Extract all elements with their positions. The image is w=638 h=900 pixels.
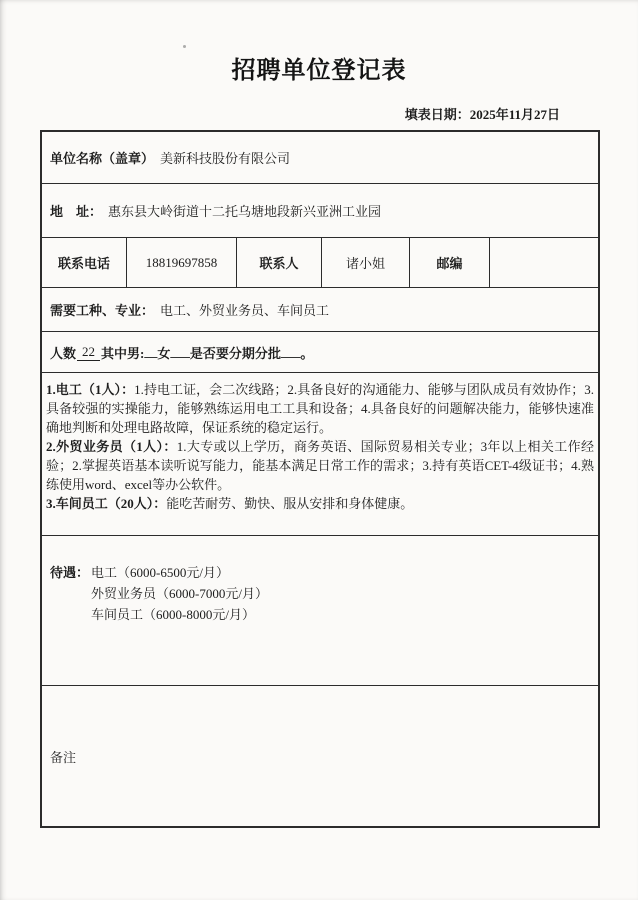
contact-phone-value-cell: 18819697858 (127, 238, 237, 287)
row-positions: 需要工种、专业： 电工、外贸业务员、车间员工 (42, 287, 598, 331)
row-requirements: 1.电工（1人）：1.持电工证，会二次线路；2.具备良好的沟通能力、能够与团队成… (42, 372, 598, 535)
page-title: 招聘单位登记表 (0, 50, 638, 85)
registration-form-table: 单位名称（盖章） 美新科技股份有限公司 地 址： 惠东县大岭街道十二托乌塘地段新… (40, 130, 600, 828)
headcount-period: 。 (300, 343, 313, 362)
contact-person-value-cell: 诸小姐 (322, 238, 410, 287)
positions-label: 需要工种、专业： (50, 300, 154, 319)
address-label: 地 址： (50, 201, 102, 220)
address-value: 惠东县大岭街道十二托乌塘地段新兴亚洲工业园 (108, 201, 381, 220)
requirement-workshop-worker: 3.车间员工（20人）：能吃苦耐劳、勤快、服从安排和身体健康。 (46, 494, 594, 513)
row-salary: 待遇： 电工（6000-6500元/月） 外贸业务员（6000-7000元/月）… (42, 535, 598, 685)
requirement-trade-clerk: 2.外贸业务员（1人）：1.大专或以上学历，商务英语、国际贸易相关专业；3年以上… (46, 437, 594, 494)
row-address: 地 址： 惠东县大岭街道十二托乌塘地段新兴亚洲工业园 (42, 183, 598, 237)
headcount-blank-male: __ (144, 344, 157, 360)
headcount-female-label: 女 (157, 343, 170, 362)
positions-value: 电工、外贸业务员、车间员工 (160, 300, 329, 319)
contact-person-label: 联系人 (259, 253, 298, 272)
postcode-label-cell: 邮编 (410, 238, 490, 287)
fill-date: 填表日期：2025年11月27日 (40, 104, 560, 123)
requirement-electrician-title: 1.电工（1人）： (46, 382, 134, 397)
scan-artifact-speck (183, 45, 186, 48)
row-remarks: 备注 (42, 685, 598, 826)
headcount-batch-label: 是否要分期分批 (190, 343, 281, 362)
salary-line-electrician: 电工（6000-6500元/月） (91, 562, 268, 583)
contact-person-value: 诸小姐 (346, 253, 385, 272)
contact-phone-label-cell: 联系电话 (42, 238, 127, 287)
salary-label: 待遇： (50, 562, 89, 583)
postcode-label: 邮编 (436, 253, 462, 272)
requirement-workshop-worker-body: 能吃苦耐劳、勤快、服从安排和身体健康。 (166, 496, 413, 511)
headcount-blank-female: ___ (170, 344, 190, 360)
salary-line-workshop-worker: 车间员工（6000-8000元/月） (91, 604, 268, 625)
requirement-workshop-worker-title: 3.车间员工（20人）： (46, 496, 166, 511)
scanned-form-page: 招聘单位登记表 填表日期：2025年11月27日 单位名称（盖章） 美新科技股份… (0, 0, 638, 900)
postcode-value-cell (490, 238, 598, 287)
requirement-electrician: 1.电工（1人）：1.持电工证，会二次线路；2.具备良好的沟通能力、能够与团队成… (46, 380, 594, 437)
headcount-count: 22 (77, 344, 100, 361)
phone-value: 18819697858 (146, 255, 218, 271)
headcount-blank-batch: ___ (281, 344, 301, 360)
unit-name-label: 单位名称（盖章） (50, 148, 154, 167)
headcount-prefix: 人数 (50, 343, 76, 362)
headcount-male-label: 其中男: (101, 343, 144, 362)
salary-line-trade-clerk: 外贸业务员（6000-7000元/月） (91, 583, 268, 604)
requirement-trade-clerk-title: 2.外贸业务员（1人）： (46, 439, 177, 454)
contact-person-label-cell: 联系人 (237, 238, 322, 287)
phone-label: 联系电话 (58, 253, 110, 272)
row-contact: 联系电话 18819697858 联系人 诸小姐 邮编 (42, 237, 598, 287)
salary-lines: 电工（6000-6500元/月） 外贸业务员（6000-7000元/月） 车间员… (91, 562, 268, 625)
unit-name-value: 美新科技股份有限公司 (160, 148, 290, 167)
row-unit-name: 单位名称（盖章） 美新科技股份有限公司 (42, 132, 598, 183)
row-headcount: 人数 22 其中男: __ 女 ___ 是否要分期分批 ___ 。 (42, 331, 598, 372)
remarks-label: 备注 (50, 747, 76, 766)
